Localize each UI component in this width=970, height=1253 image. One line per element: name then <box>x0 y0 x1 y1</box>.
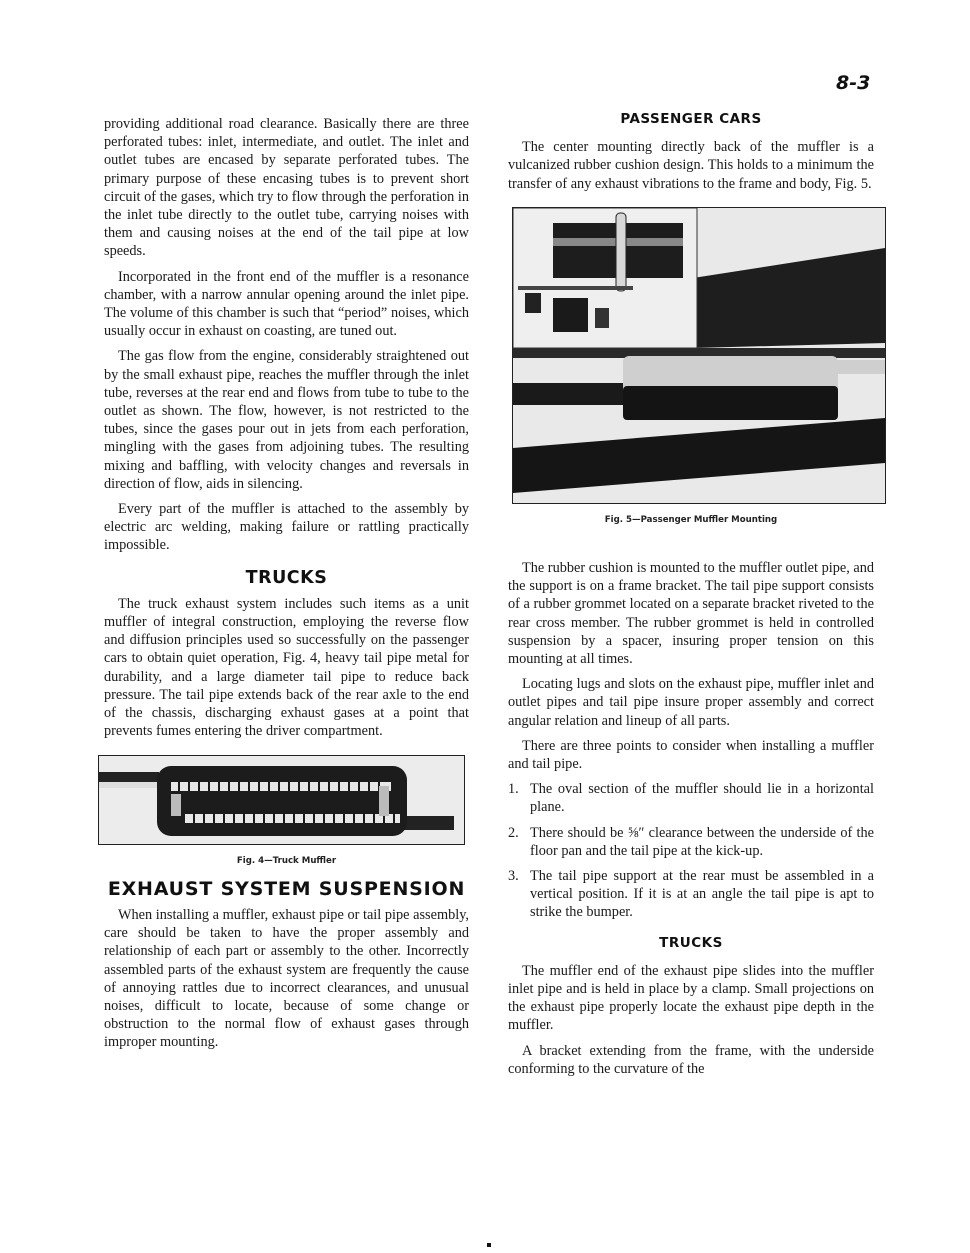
list-number: 3. <box>508 867 519 885</box>
paragraph: A bracket extending from the frame, with… <box>508 1042 874 1078</box>
figure-caption: Fig. 5—Passenger Muffler Mounting <box>508 511 874 529</box>
page-number: 8-3 <box>836 72 870 94</box>
figure-passenger-muffler-mounting <box>512 207 886 504</box>
paragraph: The center mounting directly back of the… <box>508 138 874 193</box>
figure-caption: Fig. 4—Truck Muffler <box>104 852 469 870</box>
paragraph: There are three points to consider when … <box>508 737 874 773</box>
list-text: The tail pipe support at the rear must b… <box>530 868 874 920</box>
section-heading-trucks: TRUCKS <box>104 569 469 587</box>
truck-muffler-illustration <box>99 756 464 844</box>
section-heading-trucks: TRUCKS <box>508 934 874 952</box>
list-item: 1.The oval section of the muffler should… <box>508 780 874 816</box>
paragraph: Locating lugs and slots on the exhaust p… <box>508 675 874 730</box>
left-column: providing additional road clearance. Bas… <box>104 115 469 1059</box>
paragraph: When installing a muffler, exhaust pipe … <box>104 906 469 1052</box>
figure-truck-muffler <box>98 755 465 845</box>
paragraph: The rubber cushion is mounted to the muf… <box>508 559 874 668</box>
paragraph: providing additional road clearance. Bas… <box>104 115 469 261</box>
paragraph: The gas flow from the engine, considerab… <box>104 347 469 493</box>
installation-points-list: 1.The oval section of the muffler should… <box>508 780 874 921</box>
footer-mark <box>487 1243 491 1247</box>
right-column: PASSENGER CARS The center mounting direc… <box>508 110 874 1085</box>
list-number: 2. <box>508 824 519 842</box>
passenger-muffler-illustration <box>513 208 885 503</box>
section-heading-exhaust-suspension: EXHAUST SYSTEM SUSPENSION <box>104 880 469 898</box>
list-number: 1. <box>508 780 519 798</box>
paragraph: Incorporated in the front end of the muf… <box>104 268 469 341</box>
list-text: The oval section of the muffler should l… <box>530 781 874 815</box>
list-item: 2.There should be ⅝″ clearance between t… <box>508 824 874 860</box>
list-item: 3.The tail pipe support at the rear must… <box>508 867 874 922</box>
list-text: There should be ⅝″ clearance between the… <box>530 825 874 859</box>
paragraph: The truck exhaust system includes such i… <box>104 595 469 741</box>
paragraph: Every part of the muffler is attached to… <box>104 500 469 555</box>
paragraph: The muffler end of the exhaust pipe slid… <box>508 962 874 1035</box>
section-heading-passenger-cars: PASSENGER CARS <box>508 110 874 128</box>
